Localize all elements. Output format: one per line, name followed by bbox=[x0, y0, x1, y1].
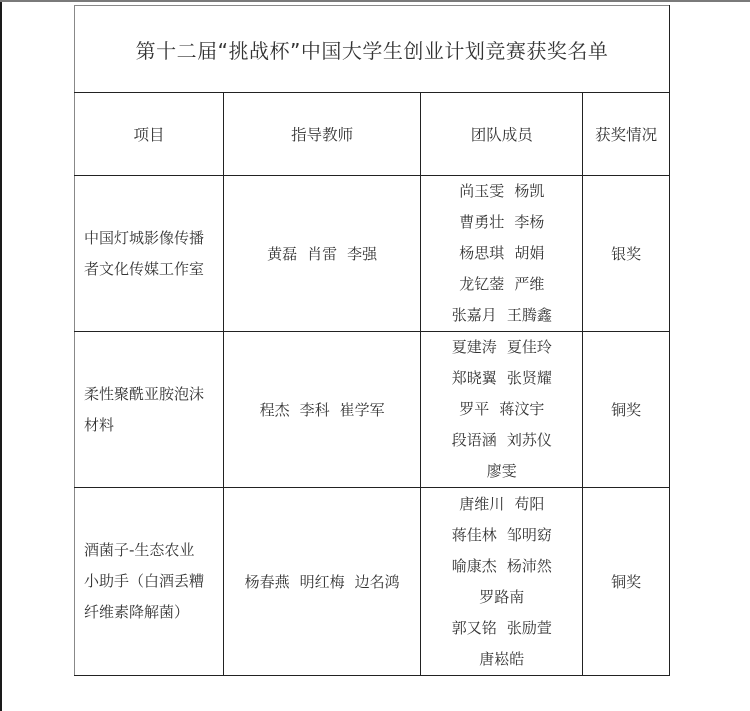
member-name: 唐维川 bbox=[459, 495, 504, 513]
teacher-name: 边名鸿 bbox=[355, 573, 400, 591]
member-line: 罗路南 bbox=[421, 582, 582, 613]
member-name: 张嘉月 bbox=[452, 306, 497, 324]
member-name: 郭又铭 bbox=[452, 619, 497, 637]
page-edge-top bbox=[0, 0, 750, 2]
team-cell: 夏建涛夏佳玲 郑晓翼张贤耀 罗平蒋汶宇 段语涵刘苏仪 廖雯 bbox=[421, 332, 583, 488]
member-name: 蒋佳林 bbox=[452, 526, 497, 544]
teacher-cell: 杨春燕明红梅边名鸿 bbox=[223, 488, 420, 676]
table-row: 柔性聚酰亚胺泡沫 材料 程杰李科崔学军 夏建涛夏佳玲 郑晓翼张贤耀 罗平蒋汶宇 … bbox=[75, 332, 670, 488]
member-line: 曹勇壮李杨 bbox=[421, 207, 582, 238]
teacher-name: 杨春燕 bbox=[245, 573, 290, 591]
member-line: 段语涵刘苏仪 bbox=[421, 425, 582, 456]
project-line: 材料 bbox=[84, 410, 219, 441]
header-row: 项目 指导教师 团队成员 获奖情况 bbox=[75, 93, 670, 176]
project-cell: 柔性聚酰亚胺泡沫 材料 bbox=[75, 332, 224, 488]
teacher-name: 李强 bbox=[347, 245, 377, 263]
member-line: 夏建涛夏佳玲 bbox=[421, 332, 582, 363]
member-name: 杨沛然 bbox=[507, 557, 552, 575]
table-row: 中国灯城影像传播 者文化传媒工作室 黄磊肖雷李强 尚玉雯杨凯 曹勇壮李杨 杨思琪… bbox=[75, 176, 670, 332]
member-name: 夏佳玲 bbox=[507, 338, 552, 356]
project-line: 纤维素降解菌） bbox=[84, 597, 219, 628]
member-name: 刘苏仪 bbox=[507, 431, 552, 449]
award-cell: 铜奖 bbox=[583, 332, 670, 488]
teacher-cell: 程杰李科崔学军 bbox=[223, 332, 420, 488]
award-cell: 银奖 bbox=[583, 176, 670, 332]
teacher-name: 明红梅 bbox=[300, 573, 345, 591]
header-teacher: 指导教师 bbox=[223, 93, 420, 176]
member-name: 杨凯 bbox=[514, 182, 544, 200]
member-name: 喻康杰 bbox=[452, 557, 497, 575]
member-name: 王腾鑫 bbox=[507, 306, 552, 324]
member-line: 唐崧皓 bbox=[421, 644, 582, 675]
member-line: 郭又铭张励萱 bbox=[421, 613, 582, 644]
member-name: 尚玉雯 bbox=[459, 182, 504, 200]
member-line: 唐维川苟阳 bbox=[421, 489, 582, 520]
teacher-name: 肖雷 bbox=[307, 245, 337, 263]
member-name: 邹明窈 bbox=[507, 526, 552, 544]
member-name: 唐崧皓 bbox=[479, 650, 524, 668]
member-name: 苟阳 bbox=[514, 495, 544, 513]
member-line: 喻康杰杨沛然 bbox=[421, 551, 582, 582]
award-cell: 铜奖 bbox=[583, 488, 670, 676]
team-cell: 尚玉雯杨凯 曹勇壮李杨 杨思琪胡娟 龙钇蓥严维 张嘉月王腾鑫 bbox=[421, 176, 583, 332]
table-row: 酒菌子-生态农业 小助手（白酒丢糟 纤维素降解菌） 杨春燕明红梅边名鸿 唐维川苟… bbox=[75, 488, 670, 676]
member-name: 段语涵 bbox=[452, 431, 497, 449]
member-line: 郑晓翼张贤耀 bbox=[421, 363, 582, 394]
member-name: 龙钇蓥 bbox=[459, 275, 504, 293]
project-line: 中国灯城影像传播 bbox=[84, 223, 219, 254]
project-cell: 中国灯城影像传播 者文化传媒工作室 bbox=[75, 176, 224, 332]
header-award: 获奖情况 bbox=[583, 93, 670, 176]
teacher-name: 崔学军 bbox=[340, 401, 385, 419]
member-name: 严维 bbox=[514, 275, 544, 293]
header-project: 项目 bbox=[75, 93, 224, 176]
member-line: 罗平蒋汶宇 bbox=[421, 394, 582, 425]
member-line: 廖雯 bbox=[421, 456, 582, 487]
member-name: 郑晓翼 bbox=[452, 369, 497, 387]
teacher-name: 黄磊 bbox=[267, 245, 297, 263]
member-name: 张励萱 bbox=[507, 619, 552, 637]
member-name: 夏建涛 bbox=[452, 338, 497, 356]
member-line: 尚玉雯杨凯 bbox=[421, 176, 582, 207]
project-line: 者文化传媒工作室 bbox=[84, 254, 219, 285]
project-line: 柔性聚酰亚胺泡沫 bbox=[84, 379, 219, 410]
team-cell: 唐维川苟阳 蒋佳林邹明窈 喻康杰杨沛然 罗路南 郭又铭张励萱 唐崧皓 bbox=[421, 488, 583, 676]
member-name: 蒋汶宇 bbox=[499, 400, 544, 418]
teacher-cell: 黄磊肖雷李强 bbox=[223, 176, 420, 332]
member-name: 曹勇壮 bbox=[459, 213, 504, 231]
document-title: 第十二届“挑战杯”中国大学生创业计划竞赛获奖名单 bbox=[75, 6, 670, 93]
member-line: 蒋佳林邹明窈 bbox=[421, 520, 582, 551]
award-list-table: 第十二届“挑战杯”中国大学生创业计划竞赛获奖名单 项目 指导教师 团队成员 获奖… bbox=[74, 5, 670, 676]
member-line: 杨思琪胡娟 bbox=[421, 238, 582, 269]
member-name: 张贤耀 bbox=[507, 369, 552, 387]
header-team: 团队成员 bbox=[421, 93, 583, 176]
member-name: 杨思琪 bbox=[459, 244, 504, 262]
member-line: 龙钇蓥严维 bbox=[421, 269, 582, 300]
member-name: 廖雯 bbox=[487, 462, 517, 480]
project-line: 小助手（白酒丢糟 bbox=[84, 566, 219, 597]
project-cell: 酒菌子-生态农业 小助手（白酒丢糟 纤维素降解菌） bbox=[75, 488, 224, 676]
teacher-name: 李科 bbox=[300, 401, 330, 419]
member-name: 罗平 bbox=[459, 400, 489, 418]
title-row: 第十二届“挑战杯”中国大学生创业计划竞赛获奖名单 bbox=[75, 6, 670, 93]
member-name: 胡娟 bbox=[514, 244, 544, 262]
member-name: 罗路南 bbox=[479, 588, 524, 606]
page-edge-left bbox=[0, 0, 2, 711]
teacher-name: 程杰 bbox=[260, 401, 290, 419]
member-name: 李杨 bbox=[514, 213, 544, 231]
project-line: 酒菌子-生态农业 bbox=[84, 535, 219, 566]
member-line: 张嘉月王腾鑫 bbox=[421, 300, 582, 331]
